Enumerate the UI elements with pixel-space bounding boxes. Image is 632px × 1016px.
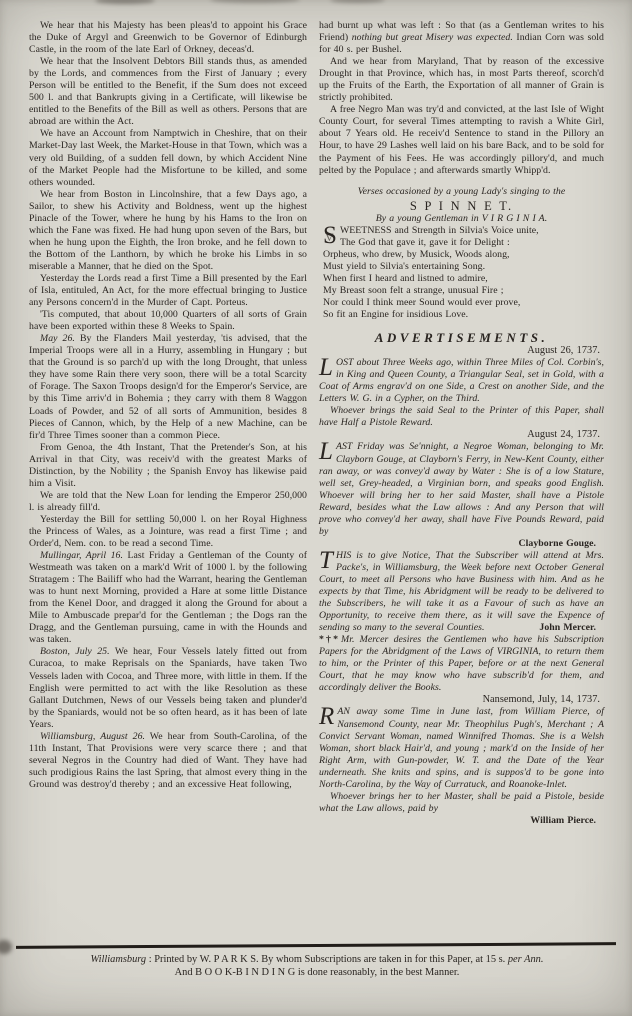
advert-text: AST Friday was Se'nnight, a Negroe Woman… <box>319 441 604 536</box>
advert-signature: William Pierce. <box>319 815 604 827</box>
news-text: We hear, Four Vessels lately fitted out … <box>29 646 307 729</box>
poem-lines: WEETNESS and Strength in Silvia's Voice … <box>323 225 539 320</box>
advert-date: August 26, 1737. <box>319 345 604 357</box>
note-mark: *†* <box>319 634 341 645</box>
scan-smudge <box>330 0 385 3</box>
news-paragraph: Boston, July 25. We hear, Four Vessels l… <box>29 646 307 730</box>
dateline: Mullingar, April 16. <box>40 550 123 561</box>
scan-smudge <box>210 0 300 3</box>
imprint-per-ann: per Ann. <box>508 954 544 965</box>
poem-dropcap: S <box>323 226 337 246</box>
advert-signature: Clayborne Gouge. <box>319 538 604 550</box>
news-paragraph: Yesterday the Lords read a first Time a … <box>29 273 307 309</box>
imprint-line-1: Williamsburg : Printed by W. P A R K S. … <box>20 953 614 966</box>
dateline: Boston, July 25. <box>40 646 110 657</box>
news-paragraph: From Genoa, the 4th Instant, That the Pr… <box>29 442 307 490</box>
news-paragraph: And we hear from Maryland, That by reaso… <box>319 56 604 104</box>
advert-date: Nansemond, July, 14, 1737. <box>319 694 604 706</box>
news-paragraph: Williamsburg, August 26. We hear from So… <box>29 731 307 791</box>
news-paragraph: 'Tis computed, that about 10,000 Quarter… <box>29 309 307 333</box>
poem-caption: Verses occasioned by a young Lady's sing… <box>319 186 604 198</box>
dateline: May 26. <box>40 333 75 344</box>
scan-smudge <box>0 940 12 954</box>
advert-reward: Whoever brings her to her Master, shall … <box>319 791 604 815</box>
news-paragraph: We hear from Boston in Lincolnshire, tha… <box>29 189 307 273</box>
advert-dropcap: R <box>319 707 334 727</box>
news-paragraph: May 26. By the Flanders Mail yesterday, … <box>29 333 307 441</box>
advert-text: OST about Three Weeks ago, within Three … <box>319 357 604 404</box>
advert-dropcap: L <box>319 442 333 462</box>
note-text: Mr. Mercer desires the Gentlemen who hav… <box>319 634 604 693</box>
news-paragraph: Mullingar, April 16. Last Friday a Gentl… <box>29 550 307 646</box>
news-paragraph: had burnt up what was left : So that (as… <box>319 20 604 56</box>
column-right: had burnt up what was left : So that (as… <box>319 20 604 827</box>
advert-lost-seal: LOST about Three Weeks ago, within Three… <box>319 357 604 405</box>
news-paragraph: We hear that his Majesty has been pleas'… <box>29 20 307 56</box>
poem-body: SWEETNESS and Strength in Silvia's Voice… <box>323 225 604 321</box>
advert-runaway-gouge: LAST Friday was Se'nnight, a Negroe Woma… <box>319 441 604 537</box>
news-paragraph: A free Negro Man was try'd and convicted… <box>319 104 604 176</box>
advert-note: *†*Mr. Mercer desires the Gentlemen who … <box>319 634 604 694</box>
poem-byline: By a young Gentleman in V I R G I N I A. <box>319 213 604 225</box>
imprint-text: : Printed by W. P A R K S. By whom Subsc… <box>146 954 508 965</box>
scan-smudge <box>95 0 155 4</box>
news-paragraph: Yesterday the Bill for settling 50,000 l… <box>29 514 307 550</box>
news-text: Last Friday a Gentleman of the County of… <box>29 550 307 645</box>
news-paragraph: We hear that the Insolvent Debtors Bill … <box>29 56 307 128</box>
advert-dropcap: T <box>319 551 333 571</box>
news-paragraph: We have an Account from Namptwich in Che… <box>29 128 307 188</box>
advertisements-heading: ADVERTISEMENTS. <box>319 330 604 345</box>
news-text-italic: nothing but great Misery was expected. <box>352 32 513 43</box>
news-paragraph: We are told that the New Loan for lendin… <box>29 490 307 514</box>
poem-title: S P I N N E T. <box>319 199 604 213</box>
advert-text: HIS is to give Notice, That the Subscrib… <box>319 550 604 633</box>
news-text: By the Flanders Mail yesterday, 'tis adv… <box>29 333 307 440</box>
column-left: We hear that his Majesty has been pleas'… <box>29 20 307 791</box>
advert-dropcap: L <box>319 358 333 378</box>
imprint: Williamsburg : Printed by W. P A R K S. … <box>20 953 614 979</box>
advert-runaway-pierce: RAN away some Time in June last, from Wi… <box>319 706 604 790</box>
imprint-place: Williamsburg <box>91 954 147 965</box>
dateline: Williamsburg, August 26. <box>40 731 145 742</box>
advert-reward: Whoever brings the said Seal to the Prin… <box>319 405 604 429</box>
advert-text: AN away some Time in June last, from Wil… <box>319 706 604 789</box>
newspaper-page: V We hear that his Majesty has been plea… <box>0 0 632 1016</box>
imprint-line-2: And B O O K-B I N D I N G is done reason… <box>20 966 614 979</box>
advert-date: August 24, 1737. <box>319 429 604 441</box>
poem-section: Verses occasioned by a young Lady's sing… <box>319 186 604 321</box>
footer-rule <box>16 942 616 948</box>
advertisements-section: ADVERTISEMENTS. August 26, 1737. LOST ab… <box>319 330 604 827</box>
